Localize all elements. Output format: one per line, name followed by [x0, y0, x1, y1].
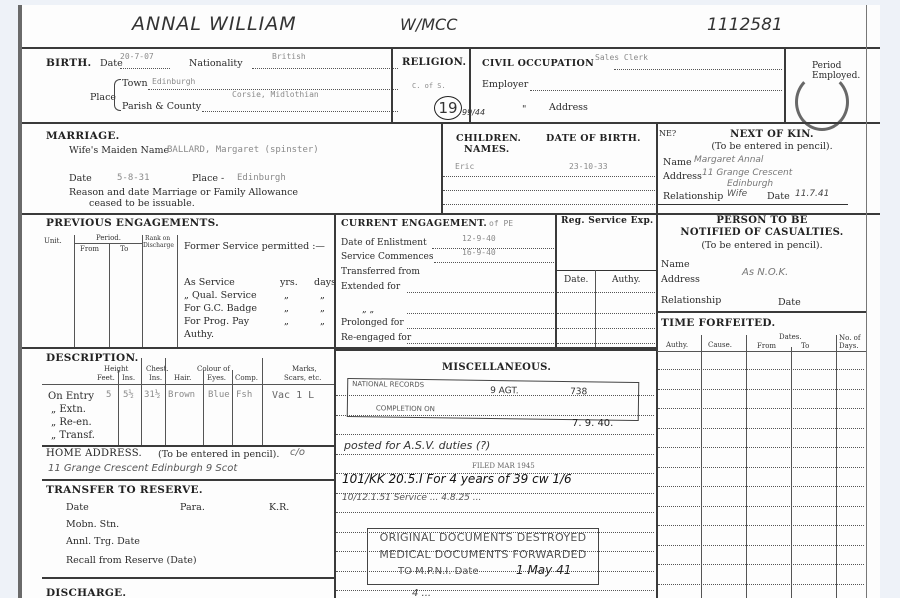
current-engagement-title: CURRENT ENGAGEMENT.: [341, 218, 487, 229]
previous-engagements-title: PREVIOUS ENGAGEMENTS.: [46, 217, 219, 229]
reg-authy-label: Authy.: [612, 275, 640, 285]
tf-authy-label: Authy.: [666, 341, 688, 349]
prog-pay-label: For Prog. Pay: [184, 316, 249, 327]
casualties-address-label: Address: [661, 274, 700, 285]
ditto-mark: „: [320, 303, 325, 314]
as-service-label: As Service: [184, 277, 235, 288]
casualties-title-2: NOTIFIED OF CASUALTIES.: [662, 227, 862, 238]
transf-label: „ Transf.: [51, 430, 95, 441]
misc-note-10: 10/12.1.51 Service ... 4.8.25 ...: [342, 493, 481, 503]
hair-label: Hair.: [174, 374, 191, 382]
ditto-mark: „: [320, 290, 325, 301]
casualties-date-label: Date: [778, 297, 801, 308]
nok-address-label: Address: [663, 171, 702, 182]
child-dob: 23-10-33: [569, 162, 608, 171]
para-label: Para.: [180, 502, 205, 513]
civil-occupation-value: Sales Clerk: [595, 53, 648, 62]
children-names-header: NAMES.: [464, 144, 509, 155]
transferred-label: Transferred from: [341, 267, 420, 277]
employer-label: Employer: [482, 79, 528, 90]
ditto-mark: „: [284, 316, 289, 327]
home-address-subtitle: (To be entered in pencil).: [158, 449, 279, 460]
nok-name-value: Margaret Annal: [694, 155, 763, 165]
transfer-date-label: Date: [66, 502, 89, 513]
marriage-place-label: Place -: [192, 173, 224, 184]
annl-trg-label: Annl. Trg. Date: [66, 536, 140, 547]
comp-value: Fsh: [236, 390, 252, 400]
nok-title: NEXT OF KIN.: [712, 129, 832, 140]
mobn-stn-label: Mobn. Stn.: [66, 519, 119, 530]
chest-value: 31½: [144, 390, 160, 400]
birth-title: BIRTH.: [46, 57, 92, 69]
casualties-name-label: Name: [661, 259, 690, 270]
nok-address-value-1: 11 Grange Crescent: [702, 168, 792, 178]
maiden-name-value: BALLARD, Margaret (spinster): [167, 145, 319, 155]
home-address-value-1: c/o: [290, 447, 305, 458]
misc-note-posted: posted for A.S.V. duties (?): [344, 439, 490, 452]
marriage-date-label: Date: [69, 173, 92, 184]
nok-name-label: Name: [663, 157, 692, 168]
ditto-mark: „: [320, 316, 325, 327]
period-label: Period.: [75, 234, 142, 242]
parish-county-label: Parish & County: [122, 101, 201, 112]
dob-header: DATE OF BIRTH.: [546, 133, 641, 144]
children-header: CHILDREN.: [456, 133, 521, 144]
rank-label-2: Discharge: [143, 242, 174, 249]
commences-value: 16-9-40: [462, 248, 496, 257]
tf-days-label-1: No. of: [839, 334, 860, 342]
ins-label: Ins.: [122, 374, 135, 382]
header-rule: [22, 47, 880, 49]
prolonged-label: Prolonged for: [341, 318, 404, 328]
town-value: Edinburgh: [152, 77, 195, 86]
hair-value: Brown: [168, 390, 195, 400]
extn-label: „ Extn.: [51, 404, 86, 415]
casualties-subtitle: (To be entered in pencil).: [662, 240, 862, 251]
chest-label-2: Ins.: [149, 374, 162, 382]
marriage-title: MARRIAGE.: [46, 130, 120, 142]
place-brace: [114, 79, 121, 111]
time-forfeited-title: TIME FORFEITED.: [661, 317, 775, 329]
nok-subtitle: (To be entered in pencil).: [697, 141, 847, 152]
nationality-value: British: [272, 52, 306, 61]
nok-relationship-value: Wife: [727, 189, 747, 199]
recall-label: Recall from Reserve (Date): [66, 555, 197, 566]
rank-label-1: Rank on: [145, 235, 170, 242]
reason-label-1: Reason and date Marriage or Family Allow…: [69, 187, 298, 198]
height-feet-value: 5: [106, 390, 111, 400]
home-address-title: HOME ADDRESS.: [46, 448, 142, 459]
stamp-date-value: 7. 9. 40.: [572, 418, 613, 429]
reen-label: „ Re-en.: [51, 417, 92, 428]
authy-label: Authy.: [184, 329, 214, 340]
extended-ditto: „ „: [362, 305, 374, 315]
enlistment-value: 12-9-40: [462, 234, 496, 243]
town-value-2: Corsie, Midlothian: [232, 90, 319, 99]
marriage-date-value: 5-8-31: [117, 173, 150, 183]
misc-note-101: 101/KK 20.5.I For 4 years of 39 cw 1/6: [342, 472, 572, 486]
comp-label: Comp.: [235, 374, 258, 382]
current-engagement-suffix: of PE: [489, 219, 513, 228]
nationality-label: Nationality: [189, 58, 243, 69]
nok-date-value: 11.7.41: [795, 189, 829, 199]
kr-label: K.R.: [269, 502, 289, 513]
soldier-name: ANNAL WILLIAM: [132, 13, 297, 35]
discharge-title: DISCHARGE.: [46, 587, 126, 598]
extended-label: Extended for: [341, 282, 400, 292]
reason-label-2: ceased to be issuable.: [89, 198, 195, 209]
yrs-label: yrs.: [280, 277, 298, 288]
qual-service-label: „ Qual. Service: [184, 290, 257, 301]
feet-label: Feet.: [97, 374, 115, 382]
service-number: 1112581: [707, 15, 783, 35]
marks-label-1: Marks,: [292, 365, 317, 373]
reg-service-title: Reg. Service Exp.: [561, 216, 653, 226]
commences-label: Service Commences: [341, 252, 433, 262]
religion-note: 99/44: [462, 108, 485, 117]
misc-note-bottom: 4 ...: [412, 588, 431, 598]
child-name: Eric: [455, 162, 474, 171]
reengaged-label: Re-engaged for: [341, 333, 411, 343]
marks-value: Vac 1 L: [272, 390, 314, 401]
national-records-stamp: NATIONAL RECORDS 9 AGT. 738 COMPLETION O…: [347, 378, 640, 421]
religion-title: RELIGION.: [402, 57, 466, 68]
height-ins-value: 5½: [123, 390, 134, 400]
home-address-value-2: 11 Grange Crescent Edinburgh 9 Scot: [48, 463, 237, 474]
maiden-name-label: Wife's Maiden Name: [69, 145, 169, 156]
unit-label: Unit.: [44, 237, 62, 245]
nok-date-label: Date: [767, 191, 790, 202]
eyes-label: Eyes.: [207, 374, 226, 382]
birth-date-value: 20-7-07: [120, 52, 154, 61]
tf-days-label-2: Days.: [839, 342, 859, 350]
religion-value: C. of S.: [412, 82, 446, 90]
casualties-relationship-label: Relationship: [661, 295, 721, 306]
casualties-address-value: As N.O.K.: [742, 267, 788, 278]
ditto-mark: „: [284, 290, 289, 301]
casualties-title-1: PERSON TO BE: [662, 215, 862, 226]
height-label: Height: [104, 365, 128, 373]
ditto-mark: ": [522, 104, 526, 115]
address-label: Address: [549, 102, 588, 113]
marks-label-2: Scars, etc.: [284, 374, 321, 382]
gc-badge-label: For G.C. Badge: [184, 303, 257, 314]
circled-number: 19: [434, 96, 462, 120]
miscellaneous-title: MISCELLANEOUS.: [442, 362, 551, 373]
place-label: Place: [90, 92, 116, 103]
on-entry-label: On Entry: [48, 391, 94, 402]
reg-date-label: Date.: [564, 275, 588, 285]
from-label: From: [80, 245, 99, 253]
days-label: days: [314, 277, 336, 288]
civil-occupation-label: CIVIL OCCUPATION: [482, 58, 594, 69]
tf-dates-label: Dates.: [779, 333, 802, 341]
nok-address-value-2: Edinburgh: [727, 179, 773, 189]
nok-relationship-label: Relationship: [663, 191, 723, 202]
tf-cause-label: Cause.: [708, 341, 732, 349]
ditto-mark: „: [284, 303, 289, 314]
transfer-reserve-title: TRANSFER TO RESERVE.: [46, 484, 203, 496]
marriage-place-value: Edinburgh: [237, 173, 286, 183]
enlistment-label: Date of Enlistment: [341, 238, 427, 248]
service-record-card: ANNAL WILLIAM W/MCC 1112581 BIRTH. Date …: [18, 5, 880, 598]
unit-code: W/MCC: [400, 15, 457, 34]
tf-from-label: From: [757, 342, 776, 350]
description-title: DESCRIPTION.: [46, 352, 139, 364]
former-service-label: Former Service permitted :—: [184, 241, 325, 252]
documents-destroyed-stamp: ORIGINAL DOCUMENTS DESTROYED MEDICAL DOC…: [367, 528, 599, 585]
town-label: Town: [122, 78, 148, 89]
colour-label: Colour of: [197, 365, 230, 373]
tf-to-label: To: [801, 342, 809, 350]
filed-stamp: FILED MAR 1945: [472, 462, 535, 470]
to-label: To: [120, 245, 128, 253]
eyes-value: Blue: [208, 390, 230, 400]
nok-corner-note: NE?: [659, 129, 676, 138]
